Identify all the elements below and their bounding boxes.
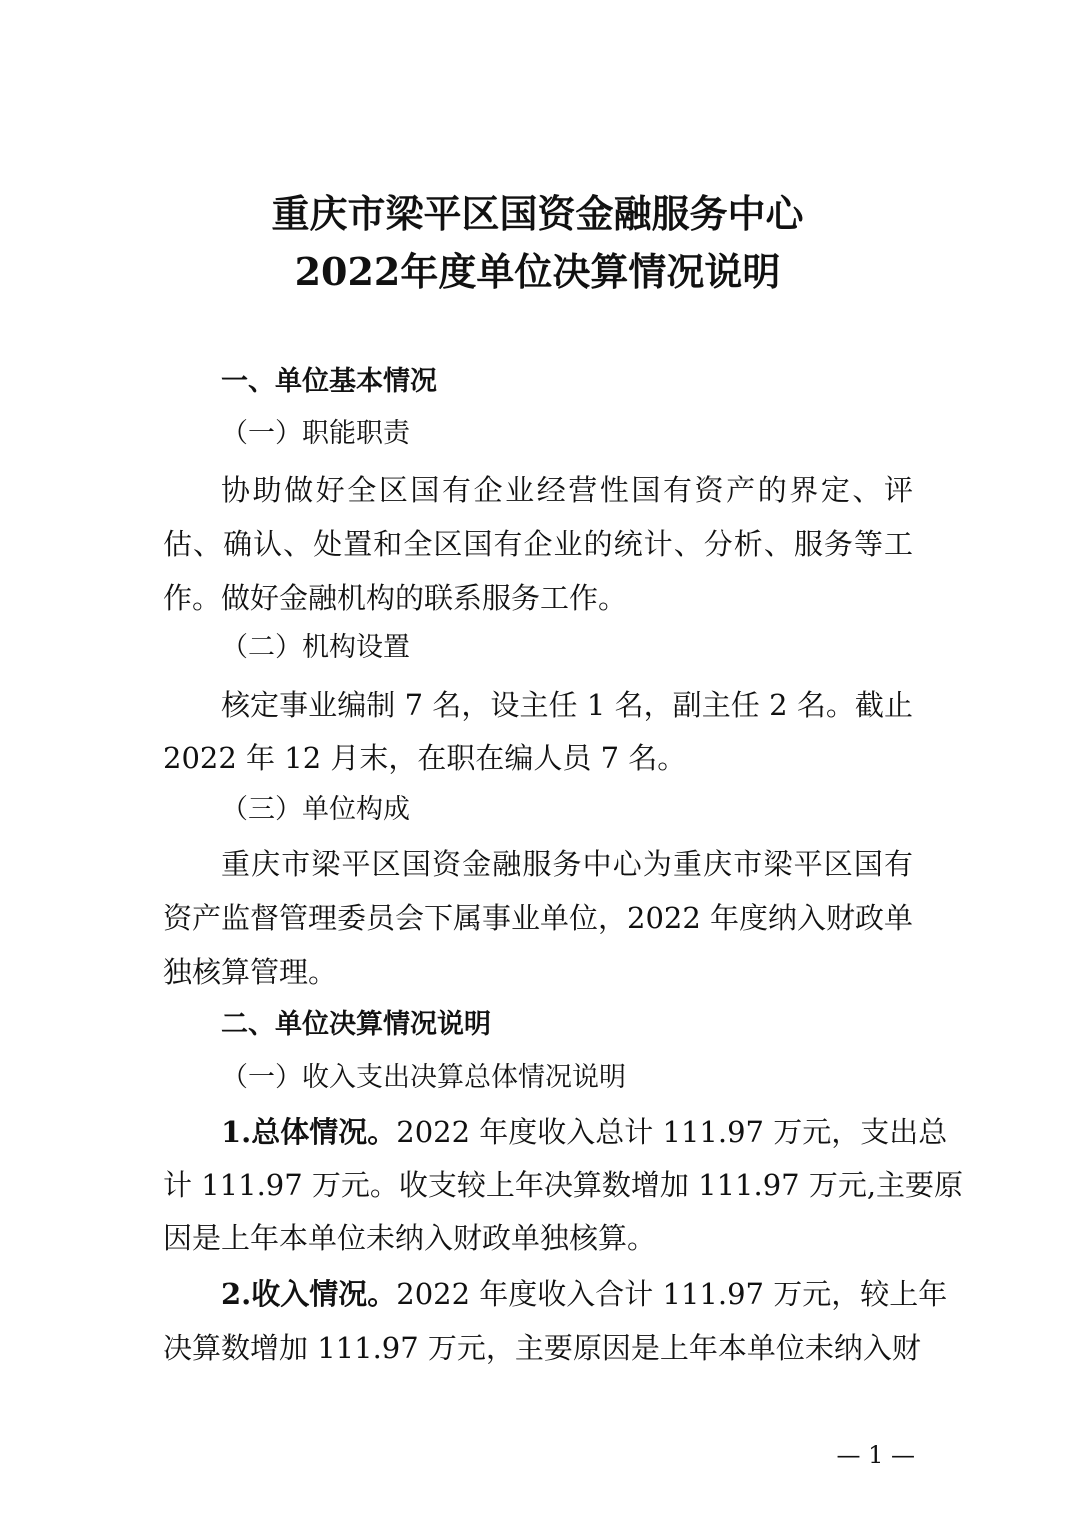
document-title-line-2: 2022年度单位决算情况说明 [0,250,1075,294]
document-page: 重庆市梁平区国资金融服务中心 2022年度单位决算情况说明 一、单位基本情况 （… [0,0,1075,1520]
paragraph-text: 2022 年度收入总计 111.97 万元，支出总 [396,1115,947,1149]
paragraph-line-income: 2.收入情况。2022 年度收入合计 111.97 万元，较上年 [221,1274,913,1314]
paragraph-text: 2022 年度收入合计 111.97 万元，较上年 [396,1277,947,1311]
paragraph-line: 独核算管理。 [163,952,913,992]
paragraph-line: 因是上年本单位未纳入财政单独核算。 [163,1218,913,1258]
section-heading-final-accounts: 二、单位决算情况说明 [221,1005,913,1045]
subsection-heading-income-expense-overview: （一）收入支出决算总体情况说明 [221,1058,913,1098]
paragraph-line: 计 111.97 万元。收支较上年决算数增加 111.97 万元,主要原 [163,1165,913,1205]
paragraph-line: 协助做好全区国有企业经营性国有资产的界定、评 [221,470,913,510]
paragraph-line: 估、确认、处置和全区国有企业的统计、分析、服务等工 [163,524,913,564]
section-heading-basic-info: 一、单位基本情况 [221,362,913,402]
page-number: — 1 — [830,1440,915,1470]
paragraph-line: 资产监督管理委员会下属事业单位，2022 年度纳入财政单 [163,898,913,938]
subsection-heading-functions: （一）职能职责 [221,414,913,454]
subsection-heading-composition: （三）单位构成 [221,790,913,830]
paragraph-lead-income: 2.收入情况。 [221,1277,396,1311]
paragraph-line: 重庆市梁平区国资金融服务中心为重庆市梁平区国有 [221,844,913,884]
subsection-heading-organization: （二）机构设置 [221,628,913,668]
paragraph-line: 作。做好金融机构的联系服务工作。 [163,578,913,618]
paragraph-line: 决算数增加 111.97 万元，主要原因是上年本单位未纳入财 [163,1328,913,1368]
paragraph-line-overall: 1.总体情况。2022 年度收入总计 111.97 万元，支出总 [221,1112,913,1152]
paragraph-line: 2022 年 12 月末，在职在编人员 7 名。 [163,738,913,778]
paragraph-lead-overall: 1.总体情况。 [221,1115,396,1149]
paragraph-line: 核定事业编制 7 名，设主任 1 名，副主任 2 名。截止 [221,685,913,725]
document-title-line-1: 重庆市梁平区国资金融服务中心 [0,192,1075,236]
